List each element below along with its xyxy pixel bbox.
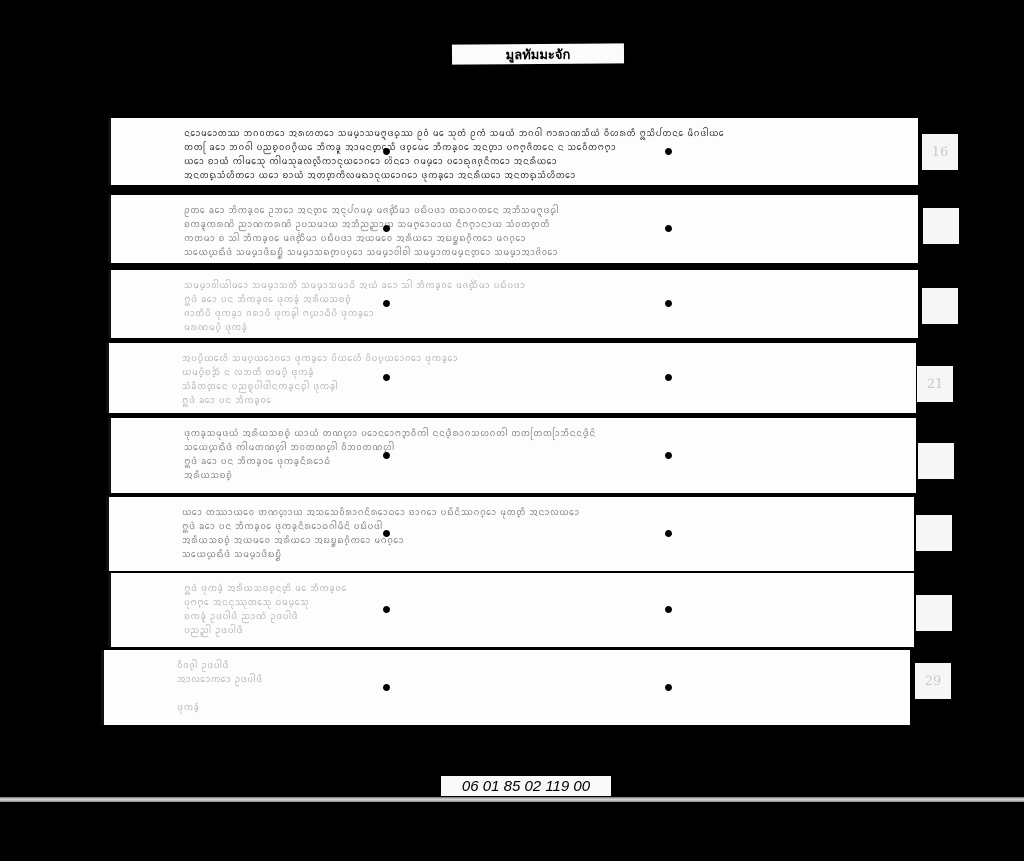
binding-hole-icon (383, 684, 390, 691)
manuscript-text-line: ᩈᩮᨿ᩠ᨿᨳᩥᨴᩴ ᨠᩤᨾᨲᨱ᩠ᩉᩤ ᨽᩅᨲᨱ᩠ᩉᩤ ᩅᩥᨽᩅᨲᨱ᩠ᩉᩤ (184, 440, 866, 455)
manuscript-text-line: ᩍᨴᩴ ᨴᩩᨠ᩠ᨡᩴ ᩋᩁᩥᨿᩈᨧ᩠ᨧᨶ᩠ᨲᩥ ᨾᩮ ᨽᩥᨠ᩠ᨡᩅᩮ (184, 581, 864, 596)
manuscript-text-line: ᨶᩮᩣᨾᩮᩣᨲᩔ ᨽᨣᩅᨲᩮᩣ ᩋᩁᩉᨲᩮᩣ ᩈᨾ᩠ᨾᩣᩈᨾ᩠ᨻᩩᨴ᩠ᨵᩔ ᩑᩅ… (184, 126, 868, 141)
manuscript-text-line: ᩍᨴᩴ ᨡᩮᩣ ᨷᨶ ᨽᩥᨠ᩠ᨡᩅᩮ ᨴᩩᨠ᩠ᨡᨶᩥᩁᩮᩣᨵᩴ (184, 454, 866, 469)
manuscript-text-line: ᨩᩣᨲᩥᨷᩥ ᨴᩩᨠ᩠ᨡᩣ ᨩᩁᩣᨷᩥ ᨴᩩᨠ᩠ᨡᩤ ᨻ᩠ᨿᩣᨵᩥᨷᩥ ᨴᩩᨠ᩠… (184, 306, 868, 321)
binding-hole-icon (665, 374, 672, 381)
manuscript-text-line: ᨧᨠ᩠ᨡᩩᩴ ᩏᨴᨷᩤᨴᩥ ᨬᩣᨱᩴ ᩏᨴᨷᩤᨴᩥ (184, 609, 864, 624)
binding-hole-icon (665, 452, 672, 459)
manuscript-text-line: ᩋᩁᩥᨿᩈᨧ᩠ᨧᩴ (184, 468, 866, 483)
manuscript-text-line: ᨾᩁᨱᨾ᩠ᨷᩥ ᨴᩩᨠ᩠ᨡᩴ (184, 320, 868, 335)
manuscript-text-line: ᩍᨴᩴ ᨡᩮᩣ ᨷᨶ ᨽᩥᨠ᩠ᨡᩅᩮ ᨴᩩᨠ᩠ᨡᨶᩥᩁᩮᩣᨵᨣᩤᨾᩥᨶᩦ ᨷᨭᩥ… (182, 519, 864, 534)
binding-hole-icon (383, 148, 390, 155)
manuscript-text-line: ᨴᩩᨠ᩠ᨡᩈᨾᩩᨴᨿᩴ ᩋᩁᩥᨿᩈᨧ᩠ᨧᩴ ᨿᩣᨿᩴ ᨲᨱ᩠ᩉᩣ ᨷᩮᩣᨶᩮᩣᨻ… (184, 426, 866, 441)
manuscript-text-line: ᨷᩩᨻ᩠ᨻᩮ ᩋᨶᨶᩩᩔᩩᨲᩮᩈᩩ ᨵᨾ᩠ᨾᩮᩈᩩ (184, 595, 864, 610)
microfilm-code-label: 06 01 85 02 119 00 (441, 776, 611, 796)
film-edge-rule (0, 797, 1024, 802)
manuscript-leaf: ᩑᨲᩮ ᨡᩮᩣ ᨽᩥᨠ᩠ᨡᩅᩮ ᩏᨽᩮᩣ ᩋᨶ᩠ᨲᩮ ᩋᨶᩩᨸᨣᨾ᩠ᨾ ᨾᨩ᩠ᨫ… (108, 195, 918, 263)
manuscript-text-line: ᨿᩮᩣ ᨲᩔᩣᨿᩮᩅ ᨲᨱ᩠ᩉᩣᨿ ᩋᩈᩮᩈᩅᩥᩁᩣᨣᨶᩥᩁᩮᩣᨵᩮᩣ ᨧᩣᨣᩮ… (182, 505, 864, 520)
title-label: มูลทัมมะจัก (452, 43, 624, 64)
page-number-tab (918, 443, 954, 479)
manuscript-text-line: ᩍᨴᩴ ᨡᩮᩣ ᨷᨶ ᨽᩥᨠ᩠ᨡᩅᩮ ᨴᩩᨠ᩠ᨡᩴ ᩋᩁᩥᨿᩈᨧ᩠ᨧᩴ (184, 292, 868, 307)
page-number-tab: 21 (917, 366, 953, 402)
binding-hole-icon (383, 300, 390, 307)
manuscript-text-line: ᩈᩴᨡᩥᨲ᩠ᨲᩮᨶ ᨷᨬ᩠ᨧᩩᨷᩤᨴᩤᨶᨠ᩠ᨡᨶ᩠ᨵᩤ ᨴᩩᨠ᩠ᨡᩤ (182, 379, 866, 394)
binding-hole-icon (665, 684, 672, 691)
page-number-text: 16 (932, 145, 949, 160)
manuscript-text-line: ᨷᨬ᩠ᨬᩤ ᩏᨴᨷᩤᨴᩥ (184, 623, 864, 638)
page-number-tab (916, 515, 952, 551)
manuscript-text-line: ᩋᨶᨲ᩠ᨳᩈᩴᩉᩥᨲᩮᩣ ᨿᩮᩣ ᨧᩣᨿᩴ ᩋᨲ᩠ᨲᨠᩥᩃᨾᨳᩣᨶᩩᨿᩮᩣᨣᩮᩣ… (184, 168, 868, 183)
page-number-tab: 16 (922, 134, 958, 170)
manuscript-text-line: ᩋᩣᩃᩮᩣᨠᩮᩣ ᩏᨴᨷᩤᨴᩥ (177, 672, 860, 687)
page-number-tab (923, 208, 959, 244)
binding-hole-icon (383, 225, 390, 232)
manuscript-leaf: ᨶᩮᩣᨾᩮᩣᨲᩔ ᨽᨣᩅᨲᩮᩣ ᩋᩁᩉᨲᩮᩣ ᩈᨾ᩠ᨾᩣᩈᨾ᩠ᨻᩩᨴ᩠ᨵᩔ ᩑᩅ… (108, 118, 918, 185)
manuscript-text-line: ᩈᩮᨿ᩠ᨿᨳᩥᨴᩴ ᩈᨾ᩠ᨾᩣᨴᩥᨭ᩠ᨮᩥ (182, 547, 864, 562)
manuscript-text-line: ᩋᨷ᩠ᨷᩥᨿᩮᩉᩥ ᩈᨾ᩠ᨷᨿᩮᩣᨣᩮᩣ ᨴᩩᨠ᩠ᨡᩮᩣ ᨷᩥᨿᩮᩉᩥ ᩅᩥᨷ᩠… (182, 351, 866, 366)
manuscript-leaf: ᩅᩥᨩ᩠ᨩᩤ ᩏᨴᨷᩤᨴᩥᩋᩣᩃᩮᩣᨠᩮᩣ ᩏᨴᨷᩤᨴᩥᨴᩩᨠ᩠ᨡᩴ (101, 650, 910, 725)
manuscript-leaf: ᩋᨷ᩠ᨷᩥᨿᩮᩉᩥ ᩈᨾ᩠ᨷᨿᩮᩣᨣᩮᩣ ᨴᩩᨠ᩠ᨡᩮᩣ ᨷᩥᨿᩮᩉᩥ ᩅᩥᨷ᩠… (106, 343, 916, 413)
manuscript-text-line: ᨲᨲᩕ ᨡᩮᩣ ᨽᨣᩅᩤ ᨷᨬ᩠ᨧᩅᨣ᩠ᨣᩥᨿᩮ ᨽᩥᨠ᩠ᨡᩪ ᩋᩣᨾᨶ᩠ᨲᩮᩈ… (184, 140, 868, 155)
binding-hole-icon (383, 374, 390, 381)
binding-hole-icon (665, 148, 672, 155)
manuscript-text-line: ᨿᩮᩣ ᨧᩣᨿᩴ ᨠᩤᨾᩮᩈᩩ ᨠᩤᨾᩈᩩᨡᩃ᩠ᩃᩥᨠᩣᨶᩩᨿᩮᩣᨣᩮᩣ ᩉᩦᨶ… (184, 154, 868, 169)
page-number-text: 29 (925, 674, 942, 689)
title-label-text: มูลทัมมะจัก (506, 43, 571, 64)
microfilm-code-text: 06 01 85 02 119 00 (462, 778, 590, 795)
binding-hole-icon (383, 530, 390, 537)
manuscript-text-line: ᩈᩮᨿ᩠ᨿᨳᩥᨴᩴ ᩈᨾ᩠ᨾᩣᨴᩥᨭ᩠ᨮᩥ ᩈᨾ᩠ᨾᩣᩈᨦ᩠ᨠᨷ᩠ᨷᩮᩣ ᩈᨾ᩠… (184, 245, 868, 260)
manuscript-text-line: ᩑᨲᩮ ᨡᩮᩣ ᨽᩥᨠ᩠ᨡᩅᩮ ᩏᨽᩮᩣ ᩋᨶ᩠ᨲᩮ ᩋᨶᩩᨸᨣᨾ᩠ᨾ ᨾᨩ᩠ᨫ… (184, 203, 868, 218)
manuscript-leaf: ᩈᨾ᩠ᨾᩣᩅᩤᨿᩤᨾᩮᩣ ᩈᨾ᩠ᨾᩣᩈᨲᩥ ᩈᨾ᩠ᨾᩣᩈᨾᩣᨵᩥ ᩋᨿᩴ ᨡᩮᩣ… (108, 270, 918, 338)
binding-hole-icon (665, 225, 672, 232)
page-number-tab (922, 288, 958, 324)
binding-hole-icon (665, 300, 672, 307)
page-number-text: 21 (927, 377, 944, 392)
binding-hole-icon (383, 452, 390, 459)
binding-hole-icon (665, 606, 672, 613)
manuscript-leaf: ᨿᩮᩣ ᨲᩔᩣᨿᩮᩅ ᨲᨱ᩠ᩉᩣᨿ ᩋᩈᩮᩈᩅᩥᩁᩣᨣᨶᩥᩁᩮᩣᨵᩮᩣ ᨧᩣᨣᩮ… (106, 497, 914, 571)
manuscript-text-line: ᩍᨴᩴ ᨡᩮᩣ ᨷᨶ ᨽᩥᨠ᩠ᨡᩅᩮ (182, 393, 866, 408)
manuscript-text-line: ᨴᩩᨠ᩠ᨡᩴ (177, 700, 860, 715)
manuscript-leaf: ᩍᨴᩴ ᨴᩩᨠ᩠ᨡᩴ ᩋᩁᩥᨿᩈᨧ᩠ᨧᨶ᩠ᨲᩥ ᨾᩮ ᨽᩥᨠ᩠ᨡᩅᩮᨷᩩᨻ᩠ᨻᩮ… (108, 573, 914, 647)
manuscript-text-line: ᩅᩥᨩ᩠ᨩᩤ ᩏᨴᨷᩤᨴᩥ (177, 658, 860, 673)
manuscript-text-line: ᨠᨲᨾᩣ ᨧ ᩈᩤ ᨽᩥᨠ᩠ᨡᩅᩮ ᨾᨩ᩠ᨫᩥᨾᩣ ᨷᨭᩥᨷᨴᩣ ᩋᨿᨾᩮᩅ ᩋ… (184, 231, 868, 246)
manuscript-text-line: ᩋᩁᩥᨿᩈᨧ᩠ᨧᩴ ᩋᨿᨾᩮᩅ ᩋᩁᩥᨿᩮᩣ ᩋᨭ᩠ᨮᨦ᩠ᨣᩥᨠᩮᩣ ᨾᨣ᩠ᨣᩮ… (182, 533, 864, 548)
binding-hole-icon (383, 606, 390, 613)
manuscript-leaf: ᨴᩩᨠ᩠ᨡᩈᨾᩩᨴᨿᩴ ᩋᩁᩥᨿᩈᨧ᩠ᨧᩴ ᨿᩣᨿᩴ ᨲᨱ᩠ᩉᩣ ᨷᩮᩣᨶᩮᩣᨻ… (108, 418, 916, 493)
binding-hole-icon (665, 530, 672, 537)
manuscript-text-line: ᩈᨾ᩠ᨾᩣᩅᩤᨿᩤᨾᩮᩣ ᩈᨾ᩠ᨾᩣᩈᨲᩥ ᩈᨾ᩠ᨾᩣᩈᨾᩣᨵᩥ ᩋᨿᩴ ᨡᩮᩣ… (184, 278, 868, 293)
manuscript-text-line: ᨧᨠ᩠ᨡᩩᨠᩁᨱᩦ ᨬᩣᨱᨠᩁᨱᩦ ᩏᨷᩈᨾᩣᨿ ᩋᨽᩥᨬ᩠ᨬᩣᨿ ᩈᨾ᩠ᨻᩮᩣ… (184, 217, 868, 232)
page-number-tab (916, 595, 952, 631)
page-number-tab: 29 (915, 663, 951, 699)
manuscript-text-line: ᨿᨾ᩠ᨷᩥᨧ᩠ᨨᩴ ᨶ ᩃᨽᨲᩥ ᨲᨾ᩠ᨷᩥ ᨴᩩᨠ᩠ᨡᩴ (182, 365, 866, 380)
